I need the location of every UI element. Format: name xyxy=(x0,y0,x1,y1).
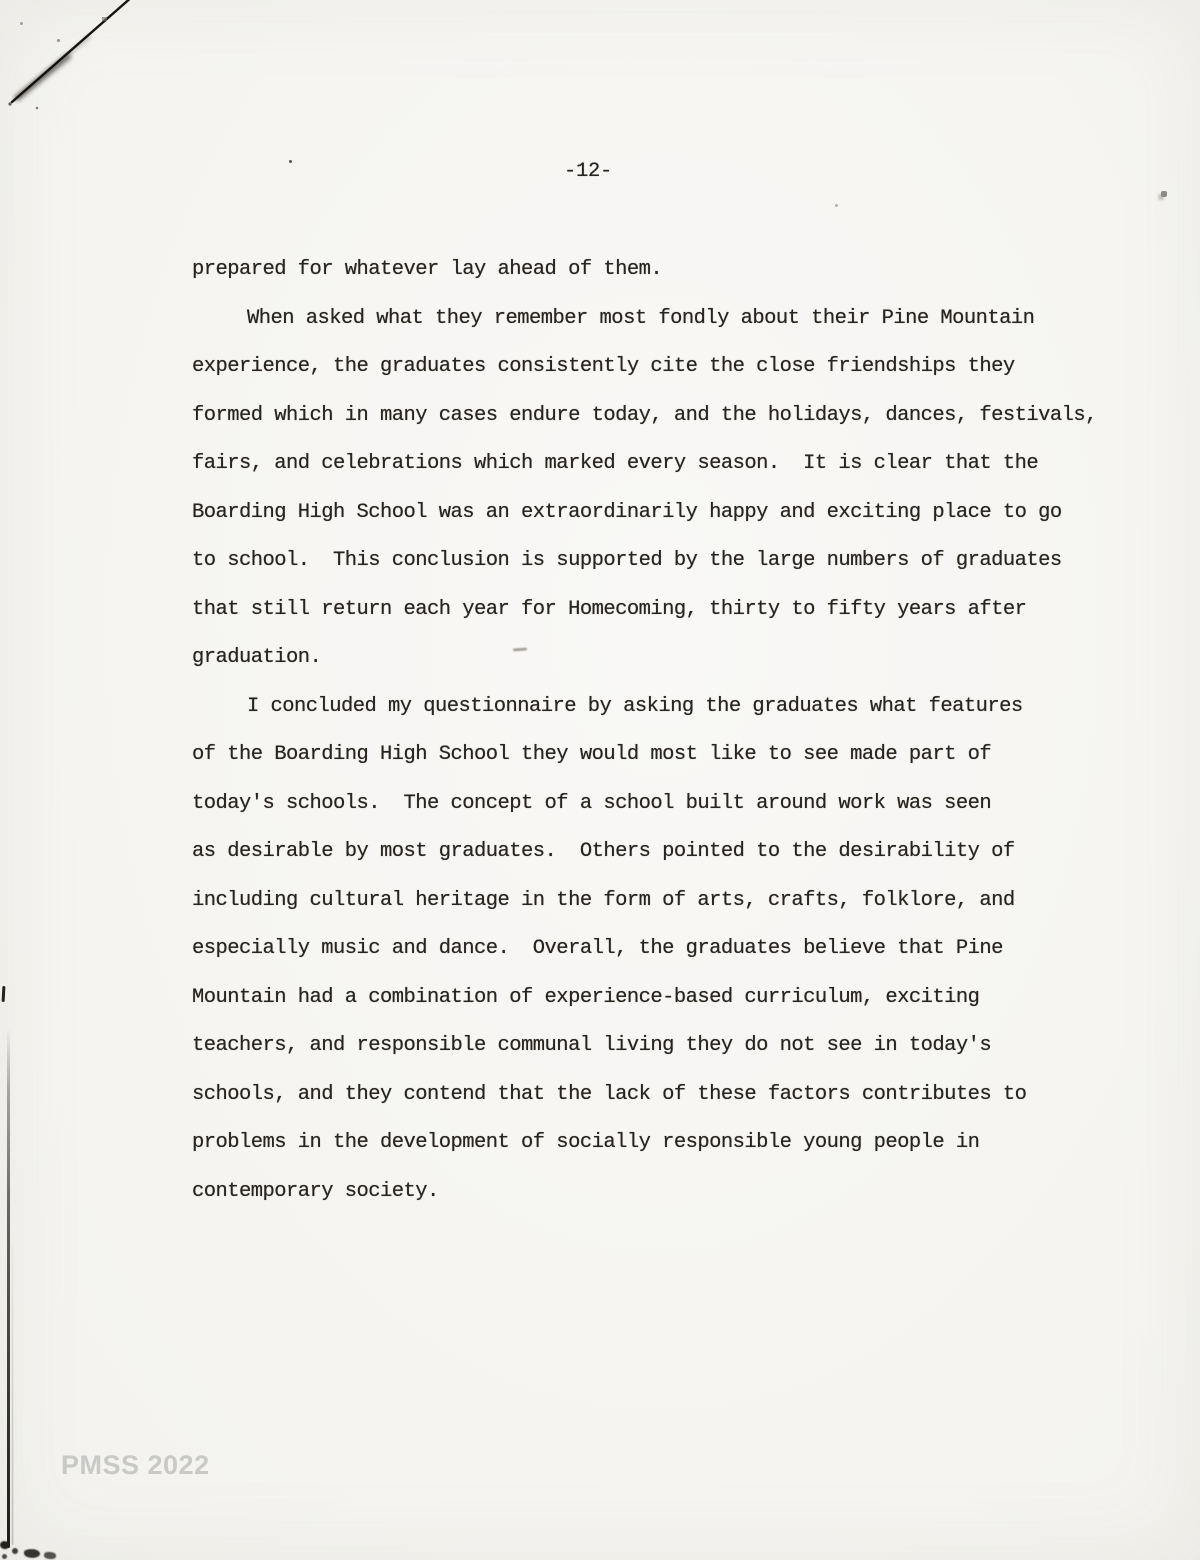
ink-smudge-artifact xyxy=(0,1540,10,1551)
text-line: that still return each year for Homecomi… xyxy=(192,586,1152,635)
document-body: prepared for whatever lay ahead of them.… xyxy=(192,246,1152,1216)
text-line: experience, the graduates consistently c… xyxy=(192,343,1152,392)
text-line: formed which in many cases endure today,… xyxy=(192,392,1152,441)
text-line: to school. This conclusion is supported … xyxy=(192,537,1152,586)
text-line: I concluded my questionnaire by asking t… xyxy=(192,683,1152,732)
edge-tick-artifact xyxy=(2,986,6,1002)
paragraph: When asked what they remember most fondl… xyxy=(192,295,1152,683)
scanned-document-page: -12- prepared for whatever lay ahead of … xyxy=(0,0,1200,1560)
text-line: When asked what they remember most fondl… xyxy=(192,295,1152,344)
ink-smudge-artifact xyxy=(44,1551,57,1559)
scan-line-faint-artifact xyxy=(12,1245,13,1545)
paper-speck xyxy=(1161,191,1167,197)
text-line: graduation. xyxy=(192,634,1152,683)
text-line: teachers, and responsible communal livin… xyxy=(192,1022,1152,1071)
text-line: prepared for whatever lay ahead of them. xyxy=(192,246,1152,295)
text-line: Mountain had a combination of experience… xyxy=(192,974,1152,1023)
ink-smudge-artifact xyxy=(2,1554,7,1559)
paper-speck xyxy=(835,204,838,207)
text-line: contemporary society. xyxy=(192,1168,1152,1217)
text-line: Boarding High School was an extraordinar… xyxy=(192,489,1152,538)
paragraph: I concluded my questionnaire by asking t… xyxy=(192,683,1152,1217)
scan-line-artifact xyxy=(7,1028,10,1548)
ink-smudge-artifact xyxy=(24,1548,41,1559)
page-number: -12- xyxy=(0,160,1188,183)
text-line: of the Boarding High School they would m… xyxy=(192,731,1152,780)
ink-smudge-artifact xyxy=(12,1548,18,1554)
text-line: schools, and they contend that the lack … xyxy=(192,1071,1152,1120)
text-line: problems in the development of socially … xyxy=(192,1119,1152,1168)
text-line: including cultural heritage in the form … xyxy=(192,877,1152,926)
paper-speck xyxy=(20,22,23,25)
text-line: especially music and dance. Overall, the… xyxy=(192,925,1152,974)
paragraph: prepared for whatever lay ahead of them. xyxy=(192,246,1152,295)
text-line: as desirable by most graduates. Others p… xyxy=(192,828,1152,877)
diagonal-scratch-icon xyxy=(0,0,200,130)
text-line: today's schools. The concept of a school… xyxy=(192,780,1152,829)
paper-speck xyxy=(57,39,60,42)
text-line: fairs, and celebrations which marked eve… xyxy=(192,440,1152,489)
watermark-label: PMSS 2022 xyxy=(61,1450,210,1481)
